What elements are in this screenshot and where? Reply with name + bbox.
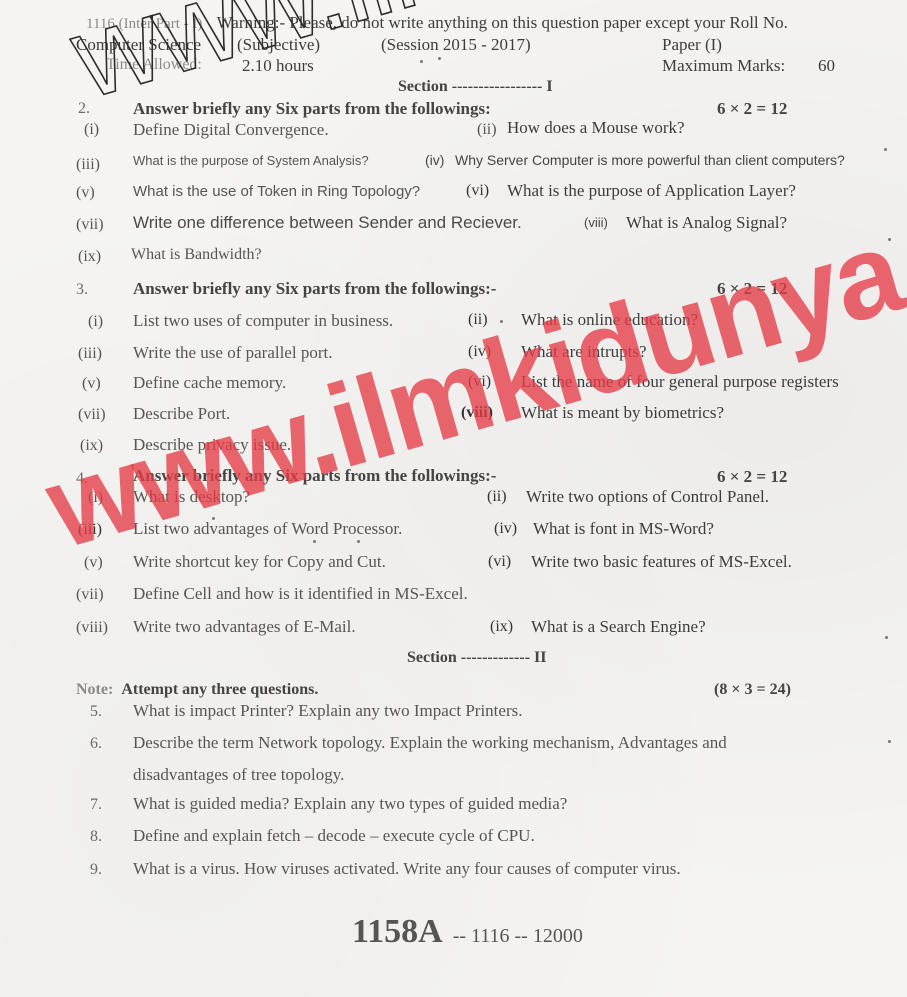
question-text: What is impact Printer? Explain any two … xyxy=(133,701,522,721)
part-label: (i) xyxy=(84,121,99,139)
note-line: Note: Attempt any three questions. xyxy=(76,681,318,699)
part-text: Write two advantages of E-Mail. xyxy=(133,617,356,637)
footer-paper-code: 1158A xyxy=(352,913,443,950)
part-text: How does a Mouse work? xyxy=(507,118,685,138)
part-text: What is Analog Signal? xyxy=(626,213,787,233)
part-label: (viii) xyxy=(584,215,608,230)
part-text: Define cache memory. xyxy=(133,373,286,393)
question-number: 4. xyxy=(76,470,88,488)
part-label: (v) xyxy=(76,184,95,202)
warning-text: Warning:- Please, do not write anything … xyxy=(217,13,788,32)
part-text: What is a Search Engine? xyxy=(531,617,706,637)
part-label: (vii) xyxy=(76,586,104,604)
part-text: List two advantages of Word Processor. xyxy=(133,519,402,539)
part-text: List two uses of computer in business. xyxy=(133,311,393,331)
part-text: What is meant by biometrics? xyxy=(521,403,724,423)
part-label: (iii) xyxy=(78,521,102,539)
part-label: (v) xyxy=(84,554,103,572)
part-text: Write shortcut key for Copy and Cut. xyxy=(133,552,386,572)
note-text: Attempt any three questions. xyxy=(121,681,318,698)
part-text: Write two basic features of MS-Excel. xyxy=(531,552,792,572)
section-1-title: Section ----------------- I xyxy=(398,78,553,96)
part-label: (iv) xyxy=(468,343,491,361)
question-stem: Answer briefly any Six parts from the fo… xyxy=(133,99,491,119)
part-label: (i) xyxy=(88,489,103,507)
part-label: (iii) xyxy=(76,156,100,174)
question-text: What is guided media? Explain any two ty… xyxy=(133,794,567,814)
part-label: (iv) xyxy=(494,520,517,538)
part-label: (ix) xyxy=(78,248,101,266)
part-text: What are intrupts? xyxy=(521,342,647,362)
question-number: 9. xyxy=(90,861,102,879)
part-text: What is Bandwidth? xyxy=(131,246,262,264)
part-label: (iv) xyxy=(425,152,444,168)
part-text: Describe Port. xyxy=(133,404,230,424)
question-marks: 6 × 2 = 12 xyxy=(717,99,787,119)
part-text: Write one difference between Sender and … xyxy=(133,213,522,233)
part-label: (viii) xyxy=(461,404,493,422)
part-label: (ix) xyxy=(80,437,103,455)
time-allowed-value: 2.10 hours xyxy=(242,56,314,76)
subject: Computer Science xyxy=(76,35,201,55)
max-marks-label: Maximum Marks: xyxy=(662,56,785,76)
part-text: Define Cell and how is it identified in … xyxy=(133,584,468,604)
question-number: 5. xyxy=(90,703,102,721)
question-marks: 6 × 2 = 12 xyxy=(717,467,787,487)
part-label: (ix) xyxy=(490,618,513,636)
footer-serial: -- 1116 -- 12000 xyxy=(453,925,583,947)
question-number: 2. xyxy=(78,100,90,118)
part-text: Define Digital Convergence. xyxy=(133,120,329,140)
part-text: What is the use of Token in Ring Topolog… xyxy=(133,183,420,200)
max-marks-value: 60 xyxy=(818,56,835,76)
question-text: Define and explain fetch – decode – exec… xyxy=(133,826,535,846)
part-label: (viii) xyxy=(76,619,108,637)
time-allowed-label: Time Allowed: xyxy=(106,56,202,74)
header-line-1: 1116 (Inter Part - I) Warning:- Please, … xyxy=(86,13,788,33)
question-text: What is a virus. How viruses activated. … xyxy=(133,859,681,879)
question-number: 8. xyxy=(90,828,102,846)
question-text: Describe the term Network topology. Expl… xyxy=(133,733,727,753)
question-number: 7. xyxy=(90,796,102,814)
question-text-continued: disadvantages of tree topology. xyxy=(133,765,344,785)
part-label: (v) xyxy=(82,375,101,393)
part-text: Write the use of parallel port. xyxy=(133,343,332,363)
part-text: What is font in MS-Word? xyxy=(533,519,714,539)
part-label: (vii) xyxy=(76,216,104,234)
part-text: Write two options of Control Panel. xyxy=(526,487,769,507)
session: (Session 2015 - 2017) xyxy=(381,35,531,55)
part-label: (ii) xyxy=(487,488,507,506)
part-label: (vi) xyxy=(488,553,511,571)
part-label: (ii) xyxy=(468,311,488,329)
question-marks: 6 × 2 = 12 xyxy=(717,279,787,299)
question-number: 3. xyxy=(76,281,88,299)
question-stem: Answer briefly any Six parts from the fo… xyxy=(133,279,496,299)
part-label: (vii) xyxy=(78,406,106,424)
section-2-marks: (8 × 3 = 24) xyxy=(714,681,791,699)
part-text: Why Server Computer is more powerful tha… xyxy=(455,152,845,168)
question-stem: Answer briefly any Six parts from the fo… xyxy=(133,466,496,486)
part-label: (i) xyxy=(88,313,103,331)
section-2-title: Section ------------- II xyxy=(407,649,547,667)
part-label: (ii) xyxy=(477,121,497,139)
part-text: What is online education? xyxy=(521,310,698,330)
question-number: 6. xyxy=(90,735,102,753)
part-text: List the name of four general purpose re… xyxy=(521,372,839,392)
part-text: What is the purpose of Application Layer… xyxy=(507,181,796,201)
part-label: (vi) xyxy=(468,373,491,391)
part-text: What is the purpose of System Analysis? xyxy=(133,153,369,168)
paper-type: (Subjective) xyxy=(237,35,320,55)
part-text: What is desktop? xyxy=(133,487,250,507)
note-label: Note: xyxy=(76,681,113,698)
part-label: (vi) xyxy=(466,182,489,200)
part-text: Describe privacy issue. xyxy=(133,435,291,455)
footer: 1158A -- 1116 -- 12000 xyxy=(352,913,583,951)
part-label: (iii) xyxy=(78,345,102,363)
paper-number: Paper (I) xyxy=(662,35,722,55)
paper-code: 1116 (Inter Part - I) xyxy=(86,16,202,32)
